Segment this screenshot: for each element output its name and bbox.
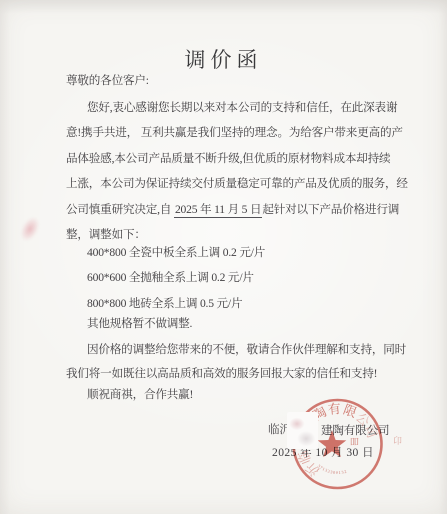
paragraph-line: 您好,衷心感谢您长期以来对本公司的支持和信任，在此深表谢	[87, 101, 397, 115]
paragraph-line: 意!携手共进， 互利共赢是我们坚持的理念。为给客户带来更高的产	[66, 126, 403, 140]
other-specs-note: 其他规格暂不做调整.	[87, 317, 192, 331]
effective-date-underlined: 2025 年 11 月 5 日	[174, 203, 262, 218]
price-item: 600*600 全抛釉全系上调 0.2 元/片	[87, 271, 254, 285]
line-text-post: 起针对以下产品价格进行调	[262, 203, 399, 216]
paragraph-line: 上涨，本公司为保证持续交付质量稳定可靠的产品及优质的服务，经	[66, 177, 408, 191]
pink-ink-smudge	[17, 214, 43, 244]
scanned-letter-page: 调价函 尊敬的各位客户: 您好,衷心感谢您长期以来对本公司的支持和信任，在此深表…	[0, 0, 447, 514]
well-wish-line: 顺祝商祺，合作共赢!	[87, 388, 193, 402]
seal-outer-mark-icon: 卬	[393, 437, 402, 446]
line-text-pre: 公司慎重研究决定,自	[66, 203, 174, 216]
salutation: 尊敬的各位客户:	[66, 74, 149, 88]
seal-arc-char: 有	[327, 401, 341, 417]
seal-star-icon	[318, 430, 347, 457]
paragraph-line: 整，调整如下：	[66, 228, 146, 242]
closing-line: 我们将一如既往以高品质和高效的服务回报大家的信任和支持!	[66, 367, 377, 381]
price-item: 800*800 地砖全系上调 0.5 元/片	[87, 297, 242, 311]
paragraph-line: 品体验感,本公司产品质量不断升级,但优质的原材物料成本却持续	[66, 152, 390, 166]
price-item: 400*800 全瓷中板全系上调 0.2 元/片	[87, 246, 265, 260]
seal-serial-number: 37133300132	[317, 463, 348, 475]
seal-inner-mark-icon: 吅	[350, 438, 359, 447]
closing-line: 因价格的调整给您带来的不便，敬请合作伙伴理解和支持，同时	[87, 343, 406, 357]
letter-title: 调价函	[0, 44, 447, 74]
redaction-blur-box	[287, 412, 318, 449]
paragraph-line-with-date: 公司慎重研究决定,自 2025 年 11 月 5 日起针对以下产品价格进行调	[66, 203, 399, 217]
